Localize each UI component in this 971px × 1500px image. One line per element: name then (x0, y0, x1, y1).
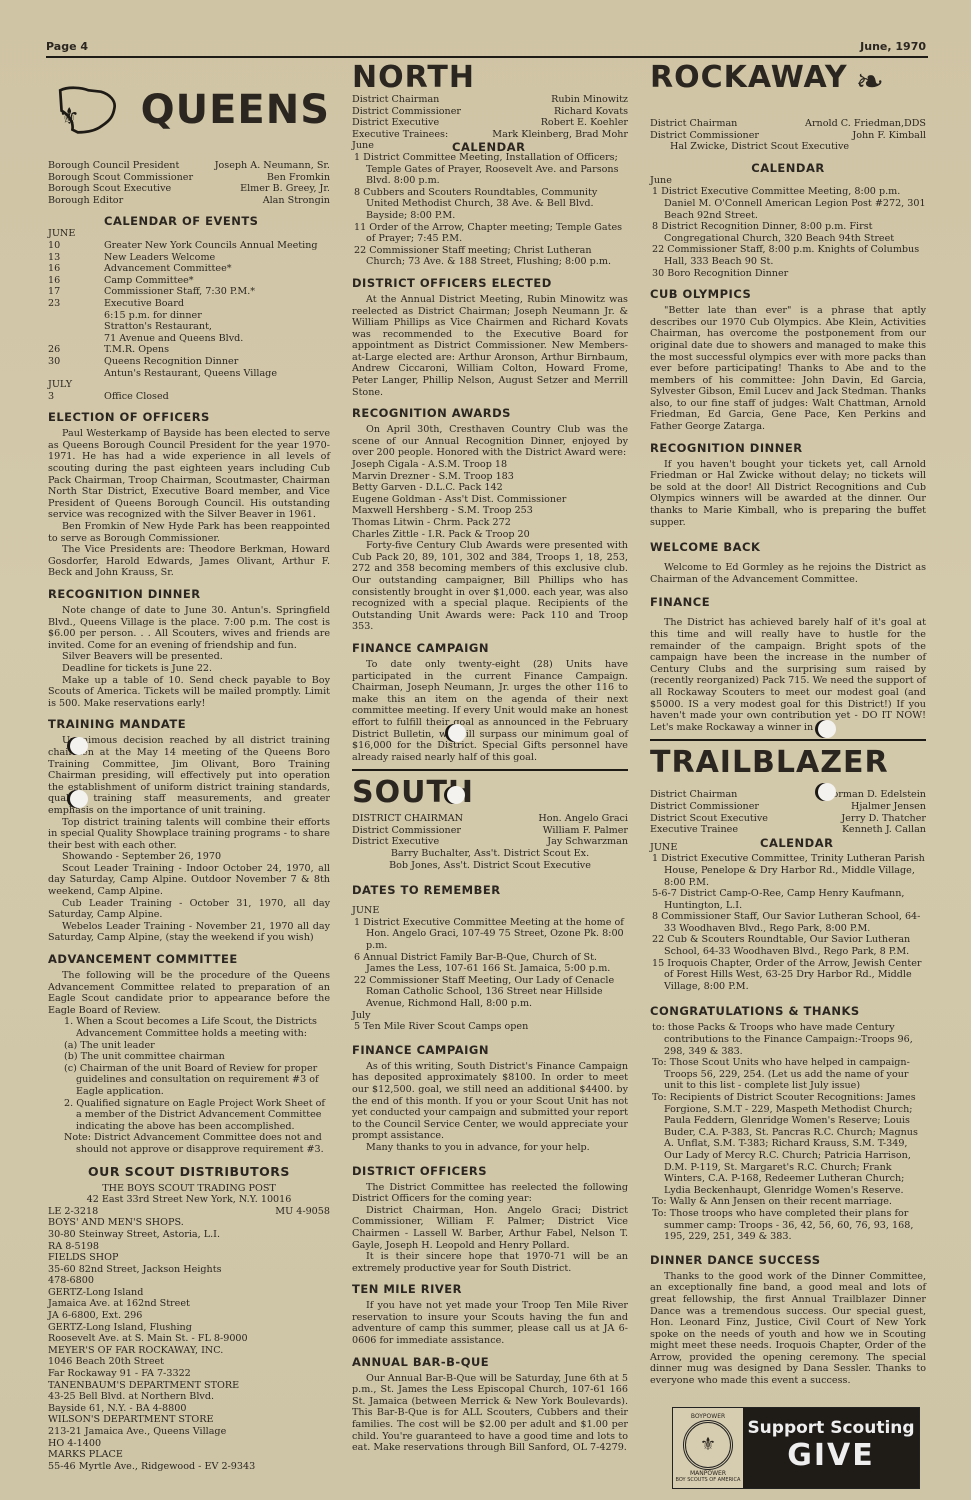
officer-role: District Executive (352, 117, 439, 129)
punch-hole (448, 724, 466, 742)
officer-name: Hon. Angelo Graci (538, 813, 628, 825)
honoree: Charles Zittle - I.R. Pack & Troop 20 (352, 529, 628, 541)
officer-role: District Commissioner (650, 130, 759, 142)
election-text: Paul Westerkamp of Bayside has been elec… (48, 428, 330, 579)
paragraph: The Vice Presidents are: Theodore Berkma… (48, 544, 330, 579)
officer-row: Executive Trainees:Mark Kleinberg, Brad … (352, 129, 628, 141)
calendar-date (48, 321, 104, 333)
officer-role: District Scout Executive (650, 813, 768, 825)
paragraph: Showando - September 26, 1970 (48, 851, 330, 863)
queens-title: QUEENS (141, 87, 330, 133)
queens-calendar: JUNE10Greater New York Councils Annual M… (48, 228, 330, 402)
south-officers-heading: DISTRICT OFFICERS (352, 1164, 628, 1178)
paragraph: Many thanks to you in advance, for your … (352, 1142, 628, 1154)
calendar-event: 15 Iroquois Chapter, Order of the Arrow,… (650, 958, 926, 993)
south-july-events: 5 Ten Mile River Scout Camps open (352, 1021, 628, 1033)
paragraph: 1. When a Scout becomes a Life Scout, th… (62, 1016, 330, 1039)
election-heading: ELECTION OF OFFICERS (48, 410, 330, 424)
barbque-text: Our Annual Bar-B-Que will be Saturday, J… (352, 1373, 628, 1454)
distributor-entry: BOYS' AND MEN'S SHOPS. (48, 1217, 330, 1229)
calendar-date: 16 (48, 275, 104, 287)
officer-name: Jerry D. Thatcher (841, 813, 926, 825)
cub-olympics-heading: CUB OLYMPICS (650, 287, 926, 301)
calendar-event: 11 Order of the Arrow, Chapter meeting; … (352, 222, 628, 245)
distributor-entry: Jamaica Ave. at 162nd Street (48, 1298, 330, 1310)
south-assistant: Bob Jones, Ass't. District Scout Executi… (352, 860, 628, 872)
calendar-date: 16 (48, 263, 104, 275)
calendar-row: 23Executive Board (48, 298, 330, 310)
calendar-text: Greater New York Councils Annual Meeting (104, 240, 318, 252)
punch-hole (447, 786, 465, 804)
south-title: SOUTH (352, 777, 628, 809)
calendar-event: 22 Cub & Scouters Roundtable, Our Savior… (650, 934, 926, 957)
officer-name: Rubin Minowitz (551, 94, 628, 106)
rockaway-trailblazer-column: ROCKAWAY ❧ District ChairmanArnold C. Fr… (650, 62, 926, 1489)
officer-name: Richard Kovats (554, 106, 628, 118)
officer-role: District Commissioner (650, 801, 759, 813)
calendar-event: 8 Cubbers and Scouters Roundtables, Comm… (352, 187, 628, 222)
distributor-entry: 55-46 Myrtle Ave., Ridgewood - EV 2-9343 (48, 1461, 330, 1473)
calendar-text: Commissioner Staff, 7:30 P.M.* (104, 286, 255, 298)
queens-column: ⚜ QUEENS Borough Council PresidentJoseph… (48, 62, 330, 1472)
queens-map-fleur-de-lis-icon: ⚜ (48, 73, 123, 147)
distributor-entry: WILSON'S DEPARTMENT STORE (48, 1414, 330, 1426)
queens-dinner-text: Note change of date to June 30. Antun's.… (48, 605, 330, 709)
boypower-seal: BOYPOWER ⚜ MANPOWER BOY SCOUTS OF AMERIC… (673, 1408, 743, 1488)
queens-masthead: ⚜ QUEENS (48, 66, 330, 154)
trailblazer-calendar-heading: CALENDAR (760, 836, 833, 850)
distributor-entry: TANENBAUM'S DEPARTMENT STORE (48, 1380, 330, 1392)
advancement-heading: ADVANCEMENT COMMITTEE (48, 952, 330, 966)
calendar-row: 6:15 p.m. for dinner (48, 310, 330, 322)
calendar-text: New Leaders Welcome (104, 252, 215, 264)
north-honorees: Joseph Cigala - A.S.M. Troop 18Marvin Dr… (352, 459, 628, 540)
seal-bottom: MANPOWER (690, 1470, 726, 1477)
calendar-text: Advancement Committee* (104, 263, 232, 275)
ad-line2: GIVE (743, 1438, 919, 1473)
welcome-heading: WELCOME BACK (650, 540, 926, 554)
calendar-event: 5-6-7 District Camp-O-Ree, Camp Henry Ka… (650, 888, 926, 911)
officer-name: Norman D. Edelstein (824, 789, 926, 801)
officer-row: Borough Scout CommissionerBen Fromkin (48, 172, 330, 184)
south-finance-heading: FINANCE CAMPAIGN (352, 1043, 628, 1057)
punch-hole (70, 790, 88, 808)
dinner-dance-text: Thanks to the good work of the Dinner Co… (650, 1271, 926, 1387)
svg-text:⚜: ⚜ (59, 104, 80, 130)
honoree: Eugene Goldman - Ass't Dist. Commissione… (352, 494, 628, 506)
paragraph: Deadline for tickets is June 22. (48, 663, 330, 675)
rockaway-calendar-heading: CALENDAR (650, 161, 926, 175)
north-officers: District ChairmanRubin MinowitzDistrict … (352, 94, 628, 140)
paragraph: Note: District Advancement Committee doe… (62, 1132, 330, 1155)
distributor-phones: LE 2-3218 MU 4-9058 (48, 1206, 330, 1218)
officer-role: District Chairman (650, 118, 737, 130)
officer-row: Borough Scout ExecutiveElmer B. Greey, J… (48, 183, 330, 195)
officer-name: Kenneth J. Callan (842, 824, 926, 836)
distributor-entry: 35-60 82nd Street, Jackson Heights (48, 1264, 330, 1276)
officer-role: Executive Trainee (650, 824, 738, 836)
seal-caption: BOY SCOUTS OF AMERICA (676, 1477, 741, 1483)
north-finance-heading: FINANCE CAMPAIGN (352, 641, 628, 655)
south-june-label: JUNE (352, 905, 628, 917)
officer-row: District ExecutiveRobert E. Koehler (352, 117, 628, 129)
calendar-date: JULY (48, 379, 104, 391)
calendar-date: JUNE (48, 228, 104, 240)
north-calendar: 1 District Committee Meeting, Installati… (352, 152, 628, 268)
barbque-heading: ANNUAL BAR-B-QUE (352, 1355, 628, 1369)
training-text: Unanimous decision reached by all distri… (48, 735, 330, 944)
distributor-entry: GERTZ-Long Island, Flushing (48, 1322, 330, 1334)
calendar-event: To: Those Scout Units who have helped in… (650, 1057, 926, 1092)
officer-name: Robert E. Koehler (541, 117, 628, 129)
distributor-entry: Bayside 61, N.Y. - BA 4-8800 (48, 1403, 330, 1415)
honoree: Maxwell Hershberg - S.M. Troop 253 (352, 505, 628, 517)
calendar-date: 23 (48, 298, 104, 310)
paragraph: 2. Qualified signature on Eagle Project … (62, 1098, 330, 1133)
calendar-event: 30 Boro Recognition Dinner (650, 268, 926, 280)
seahorse-icon: ❧ (856, 62, 885, 102)
officer-role: Borough Scout Commissioner (48, 172, 193, 184)
calendar-row: 10Greater New York Councils Annual Meeti… (48, 240, 330, 252)
calendar-row: 71 Avenue and Queens Blvd. (48, 333, 330, 345)
calendar-event: 22 Commissioner Staff meeting; Christ Lu… (352, 245, 628, 268)
distributor-entry: GERTZ-Long Island (48, 1287, 330, 1299)
rockaway-dinner-text: If you haven't bought your tickets yet, … (650, 459, 926, 529)
honoree: Marvin Drezner - S.M. Troop 183 (352, 471, 628, 483)
officer-name: William F. Palmer (543, 825, 628, 837)
calendar-date: 30 (48, 356, 104, 368)
calendar-row: JUNE (48, 228, 330, 240)
officer-role: District Executive (352, 836, 439, 848)
distributor-entry: FIELDS SHOP (48, 1252, 330, 1264)
calendar-date: 13 (48, 252, 104, 264)
calendar-event: To: Those troops who have completed thei… (650, 1208, 926, 1243)
rockaway-month: June (650, 175, 926, 187)
ad-line1: Support Scouting (743, 1418, 919, 1438)
north-awards-heading: RECOGNITION AWARDS (352, 406, 628, 420)
north-south-column: NORTH District ChairmanRubin MinowitzDis… (352, 62, 628, 1454)
distributor-entry: Far Rockaway 91 - FA 7-3322 (48, 1368, 330, 1380)
distributor-entry: JA 6-6800, Ext. 296 (48, 1310, 330, 1322)
officer-row: District CommissionerWilliam F. Palmer (352, 825, 628, 837)
punch-hole (70, 737, 88, 755)
officer-row: District CommissionerJohn F. Kimball (650, 130, 926, 142)
paragraph: Make up a table of 10. Send check payabl… (48, 675, 330, 710)
officer-role: District Commissioner (352, 106, 461, 118)
calendar-event: To: Recipients of District Scouter Recog… (650, 1092, 926, 1196)
welcome-text: Welcome to Ed Gormley as he rejoins the … (650, 562, 926, 585)
paragraph: Cub Leader Training - October 31, 1970, … (48, 898, 330, 921)
calendar-event: 22 Commissioner Staff, 8:00 p.m. Knights… (650, 244, 926, 267)
calendar-row: 3Office Closed (48, 391, 330, 403)
north-officers-elected-text: At the Annual District Meeting, Rubin Mi… (352, 294, 628, 398)
calendar-text: Camp Committee* (104, 275, 194, 287)
calendar-event: To: Wally & Ann Jensen on their recent m… (650, 1196, 926, 1208)
distributor-entry: HO 4-1400 (48, 1438, 330, 1450)
south-officers-text: The District Committee has reelected the… (352, 1182, 628, 1275)
calendar-text: Queens Recognition Dinner (104, 356, 238, 368)
calendar-date: 10 (48, 240, 104, 252)
north-awards-intro: On April 30th, Cresthaven Country Club w… (352, 424, 628, 459)
south-officers: DISTRICT CHAIRMANHon. Angelo GraciDistri… (352, 813, 628, 848)
paragraph: Webelos Leader Training - November 21, 1… (48, 921, 330, 944)
header-rule (46, 56, 928, 58)
distributors-heading: OUR SCOUT DISTRIBUTORS (48, 1164, 330, 1179)
officer-name: Alan Strongin (263, 195, 330, 207)
paragraph: Top district training talents will combi… (48, 817, 330, 852)
punch-hole (818, 720, 836, 738)
paragraph: Note change of date to June 30. Antun's.… (48, 605, 330, 651)
north-officers-elected-heading: DISTRICT OFFICERS ELECTED (352, 276, 628, 290)
calendar-row: 30Queens Recognition Dinner (48, 356, 330, 368)
north-finance-text: To date only twenty-eight (28) Units hav… (352, 659, 628, 763)
rockaway-masthead: ROCKAWAY ❧ (650, 62, 926, 118)
issue-date: June, 1970 (860, 40, 926, 53)
south-july-label: July (352, 1010, 628, 1022)
dinner-dance-heading: DINNER DANCE SUCCESS (650, 1253, 926, 1267)
calendar-text: Antun's Restaurant, Queens Village (104, 368, 277, 380)
officer-row: District ChairmanNorman D. Edelstein (650, 789, 926, 801)
distributor-entry: Roosevelt Ave. at S. Main St. - FL 8-900… (48, 1333, 330, 1345)
distributor-line: THE BOYS SCOUT TRADING POST (48, 1183, 330, 1195)
calendar-event: 22 Commissioner Staff Meeting, Our Lady … (352, 975, 628, 1010)
phone-right: MU 4-9058 (275, 1206, 330, 1218)
officer-row: District CommissionerRichard Kovats (352, 106, 628, 118)
ad-text: Support Scouting GIVE (743, 1408, 919, 1488)
south-assistant: Barry Buchalter, Ass't. District Scout E… (352, 848, 628, 860)
queens-dinner-heading: RECOGNITION DINNER (48, 587, 330, 601)
officer-role: Borough Editor (48, 195, 123, 207)
rockaway-executive: Hal Zwicke, District Scout Executive (650, 141, 926, 153)
north-title: NORTH (352, 62, 628, 94)
paragraph: It is their sincere hope that 1970-71 wi… (352, 1251, 628, 1274)
seal-top: BOYPOWER (691, 1413, 725, 1420)
officer-row: Borough EditorAlan Strongin (48, 195, 330, 207)
trailblazer-officers: District ChairmanNorman D. EdelsteinDist… (650, 789, 926, 835)
calendar-event: to: those Packs & Troops who have made C… (650, 1022, 926, 1057)
paragraph: Scout Leader Training - Indoor October 2… (48, 863, 330, 898)
officer-name: Hjalmer Jensen (851, 801, 926, 813)
officer-row: District ChairmanRubin Minowitz (352, 94, 628, 106)
calendar-row: 26T.M.R. Opens (48, 344, 330, 356)
section-rule (650, 739, 926, 741)
paragraph: District Chairman, Hon. Angelo Graci; Di… (352, 1205, 628, 1251)
calendar-event: 1 District Executive Committee, Trinity … (650, 853, 926, 888)
officer-row: District CommissionerHjalmer Jensen (650, 801, 926, 813)
honoree: Thomas Litwin - Chrm. Pack 272 (352, 517, 628, 529)
officer-row: District ExecutiveJay Schwarzman (352, 836, 628, 848)
distributor-line: 42 East 33rd Street New York, N.Y. 10016 (48, 1194, 330, 1206)
rockaway-officers: District ChairmanArnold C. Friedman,DDSD… (650, 118, 926, 141)
distributor-entry: MEYER'S OF FAR ROCKAWAY, INC. (48, 1345, 330, 1357)
fleur-de-lis-icon: ⚜ (683, 1420, 733, 1470)
distributor-entry: 43-25 Bell Blvd. at Northern Blvd. (48, 1391, 330, 1403)
officer-role: District Chairman (352, 94, 439, 106)
calendar-event: 5 Ten Mile River Scout Camps open (352, 1021, 628, 1033)
trailblazer-calendar: 1 District Executive Committee, Trinity … (650, 853, 926, 992)
ten-mile-heading: TEN MILE RIVER (352, 1282, 628, 1296)
rockaway-dinner-heading: RECOGNITION DINNER (650, 441, 926, 455)
officer-role: Borough Council President (48, 160, 179, 172)
calendar-event: 1 District Executive Committee Meeting, … (650, 186, 926, 221)
advancement-intro: The following will be the procedure of t… (48, 970, 330, 1016)
distributor-entry: 1046 Beach 20th Street (48, 1356, 330, 1368)
officer-role: District Commissioner (352, 825, 461, 837)
calendar-date: 3 (48, 391, 104, 403)
trailblazer-calendar-header: JUNE CALENDAR (650, 836, 926, 848)
trailblazer-title: TRAILBLAZER (650, 747, 926, 779)
officer-name: Elmer B. Greey, Jr. (240, 183, 330, 195)
honoree: Betty Garven - D.L.C. Pack 142 (352, 482, 628, 494)
support-scouting-ad: BOYPOWER ⚜ MANPOWER BOY SCOUTS OF AMERIC… (672, 1407, 920, 1489)
distributor-list: BOYS' AND MEN'S SHOPS.30-80 Steinway Str… (48, 1217, 330, 1472)
ten-mile-text: If you have not yet made your Troop Ten … (352, 1300, 628, 1346)
paragraph: Paul Westerkamp of Bayside has been elec… (48, 428, 330, 521)
officer-name: Jay Schwarzman (547, 836, 628, 848)
phone-left: LE 2-3218 (48, 1206, 98, 1218)
calendar-row: JULY (48, 379, 330, 391)
paragraph: (a) The unit leader (62, 1040, 330, 1052)
newspaper-page: Page 4 June, 1970 ⚜ QUEENS Borough Counc… (0, 0, 971, 1500)
calendar-date (48, 368, 104, 380)
distributor-entry: 30-80 Steinway Street, Astoria, L.I. (48, 1229, 330, 1241)
north-calendar-heading: CALENDAR (452, 140, 525, 154)
congrats-heading: CONGRATULATIONS & THANKS (650, 1004, 926, 1018)
calendar-text: T.M.R. Opens (104, 344, 169, 356)
officer-row: District ChairmanArnold C. Friedman,DDS (650, 118, 926, 130)
paragraph: Unanimous decision reached by all distri… (48, 735, 330, 816)
officer-name: Arnold C. Friedman,DDS (805, 118, 926, 130)
paragraph: Silver Beavers will be presented. (48, 651, 330, 663)
calendar-row: Stratton's Restaurant, (48, 321, 330, 333)
officer-role: DISTRICT CHAIRMAN (352, 813, 463, 825)
distributor-entry: 478-6800 (48, 1275, 330, 1287)
officer-name: Joseph A. Neumann, Sr. (215, 160, 330, 172)
rockaway-finance-heading: FINANCE (650, 595, 926, 609)
paragraph: (c) Chairman of the unit Board of Review… (62, 1063, 330, 1098)
calendar-row: 17Commissioner Staff, 7:30 P.M.* (48, 286, 330, 298)
queens-calendar-heading: CALENDAR OF EVENTS (104, 214, 330, 228)
officer-name: Mark Kleinberg, Brad Mohr (492, 129, 628, 141)
calendar-row: Antun's Restaurant, Queens Village (48, 368, 330, 380)
rockaway-calendar: 1 District Executive Committee Meeting, … (650, 186, 926, 279)
calendar-date: 17 (48, 286, 104, 298)
calendar-text: Executive Board (104, 298, 184, 310)
north-month: June (352, 140, 374, 151)
officer-role: Executive Trainees: (352, 129, 448, 141)
calendar-event: 1 District Committee Meeting, Installati… (352, 152, 628, 187)
section-rule (352, 769, 628, 771)
calendar-date (48, 333, 104, 345)
calendar-date: 26 (48, 344, 104, 356)
officer-row: District Scout ExecutiveJerry D. Thatche… (650, 813, 926, 825)
officer-row: Executive TraineeKenneth J. Callan (650, 824, 926, 836)
south-dates-heading: DATES TO REMEMBER (352, 883, 628, 897)
calendar-text: Stratton's Restaurant, (104, 321, 212, 333)
calendar-date (48, 310, 104, 322)
officer-role: District Chairman (650, 789, 737, 801)
queens-officers: Borough Council PresidentJoseph A. Neuma… (48, 160, 330, 206)
distributor-entry: MARKS PLACE (48, 1449, 330, 1461)
distributor-entry: 213-21 Jamaica Ave., Queens Village (48, 1426, 330, 1438)
calendar-event: 8 District Recognition Dinner, 8:00 p.m.… (650, 221, 926, 244)
paragraph: (b) The unit committee chairman (62, 1051, 330, 1063)
officer-name: Ben Fromkin (267, 172, 330, 184)
officer-role: Borough Scout Executive (48, 183, 171, 195)
calendar-row: 16Advancement Committee* (48, 263, 330, 275)
distributor-entry: RA 8-5198 (48, 1241, 330, 1253)
calendar-event: 6 Annual District Family Bar-B-Que, Chur… (352, 952, 628, 975)
north-awards-text: Forty-five Century Club Awards were pres… (352, 540, 628, 633)
advancement-items: 1. When a Scout becomes a Life Scout, th… (48, 1016, 330, 1155)
officer-name: John F. Kimball (852, 130, 926, 142)
calendar-event: 1 District Executive Committee Meeting a… (352, 917, 628, 952)
calendar-row: 13New Leaders Welcome (48, 252, 330, 264)
paragraph: As of this writing, South District's Fin… (352, 1061, 628, 1142)
calendar-row: 16Camp Committee* (48, 275, 330, 287)
rockaway-title: ROCKAWAY (650, 62, 848, 94)
north-calendar-header: June CALENDAR (352, 140, 628, 152)
page-number: Page 4 (46, 40, 88, 53)
calendar-text: Office Closed (104, 391, 169, 403)
calendar-text: 6:15 p.m. for dinner (104, 310, 202, 322)
paragraph: The District Committee has reelected the… (352, 1182, 628, 1205)
calendar-text: 71 Avenue and Queens Blvd. (104, 333, 243, 345)
cub-olympics-text: "Better late than ever" is a phrase that… (650, 305, 926, 433)
calendar-event: 8 Commissioner Staff, Our Savior Luthera… (650, 911, 926, 934)
trailblazer-month: JUNE (650, 842, 677, 853)
congrats-list: to: those Packs & Troops who have made C… (650, 1022, 926, 1242)
south-june-events: 1 District Executive Committee Meeting a… (352, 917, 628, 1010)
paragraph: Ben Fromkin of New Hyde Park has been re… (48, 521, 330, 544)
officer-row: DISTRICT CHAIRMANHon. Angelo Graci (352, 813, 628, 825)
honoree: Joseph Cigala - A.S.M. Troop 18 (352, 459, 628, 471)
punch-hole (818, 783, 836, 801)
rockaway-finance-text: The District has achieved barely half of… (650, 617, 926, 733)
south-finance-text: As of this writing, South District's Fin… (352, 1061, 628, 1154)
training-heading: TRAINING MANDATE (48, 717, 330, 731)
officer-row: Borough Council PresidentJoseph A. Neuma… (48, 160, 330, 172)
